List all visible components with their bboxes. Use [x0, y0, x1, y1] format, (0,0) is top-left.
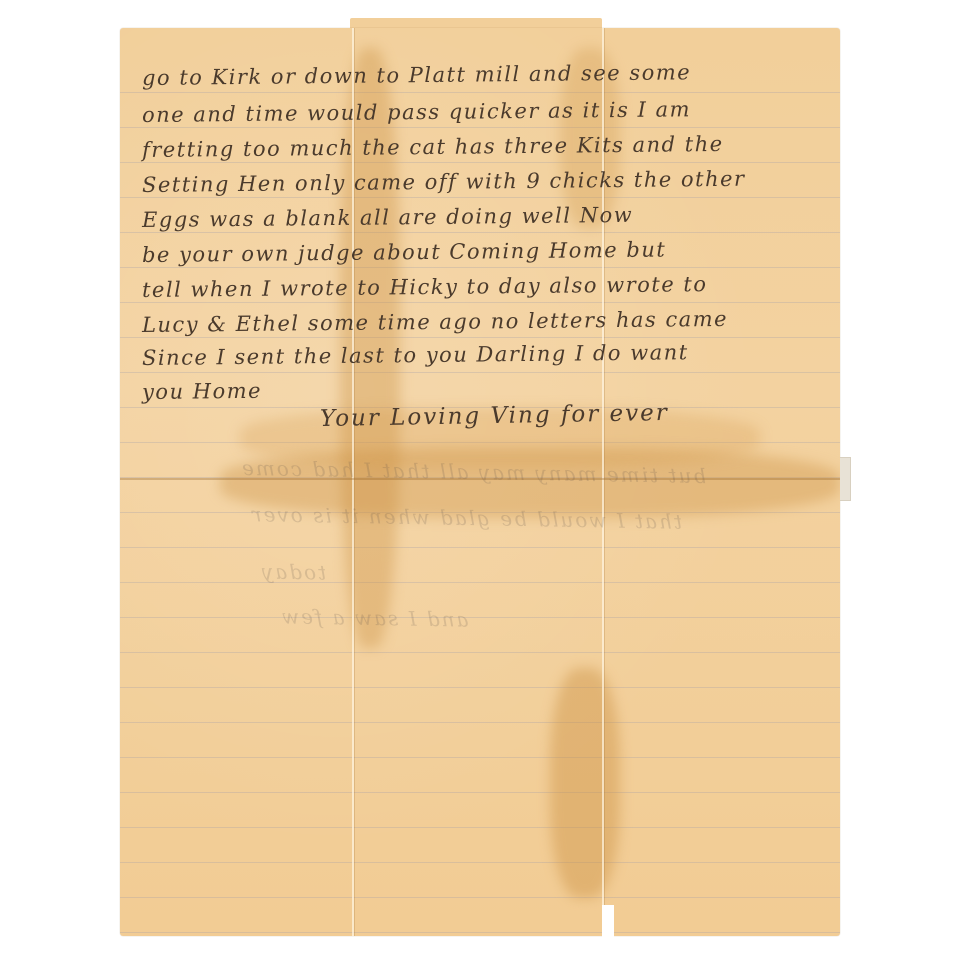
paper-bottom-notch — [602, 905, 614, 939]
letter-line: Eggs was a blank all are doing well Now — [142, 201, 830, 232]
letter-line: go to Kirk or down to Platt mill and see… — [142, 59, 830, 90]
letter-line: one and time would pass quicker as it is… — [142, 96, 830, 127]
letter-sheet: but time many may all that I had come th… — [120, 28, 840, 936]
letter-line: you Home — [142, 373, 830, 404]
letter-line: Setting Hen only came off with 9 chicks … — [142, 166, 830, 197]
letter-line: be your own judge about Coming Home but — [142, 236, 830, 267]
letter-line: tell when I wrote to Hicky to day also w… — [142, 271, 830, 302]
paper-tab-remnant — [840, 457, 851, 501]
letter-line: fretting too much the cat has three Kits… — [142, 131, 830, 162]
signature: Your Loving Ving for ever — [320, 400, 669, 432]
letter-line: Since I sent the last to you Darling I d… — [142, 339, 830, 370]
letter-line: Lucy & Ethel some time ago no letters ha… — [142, 306, 830, 337]
letter-body: go to Kirk or down to Platt mill and see… — [120, 28, 840, 936]
